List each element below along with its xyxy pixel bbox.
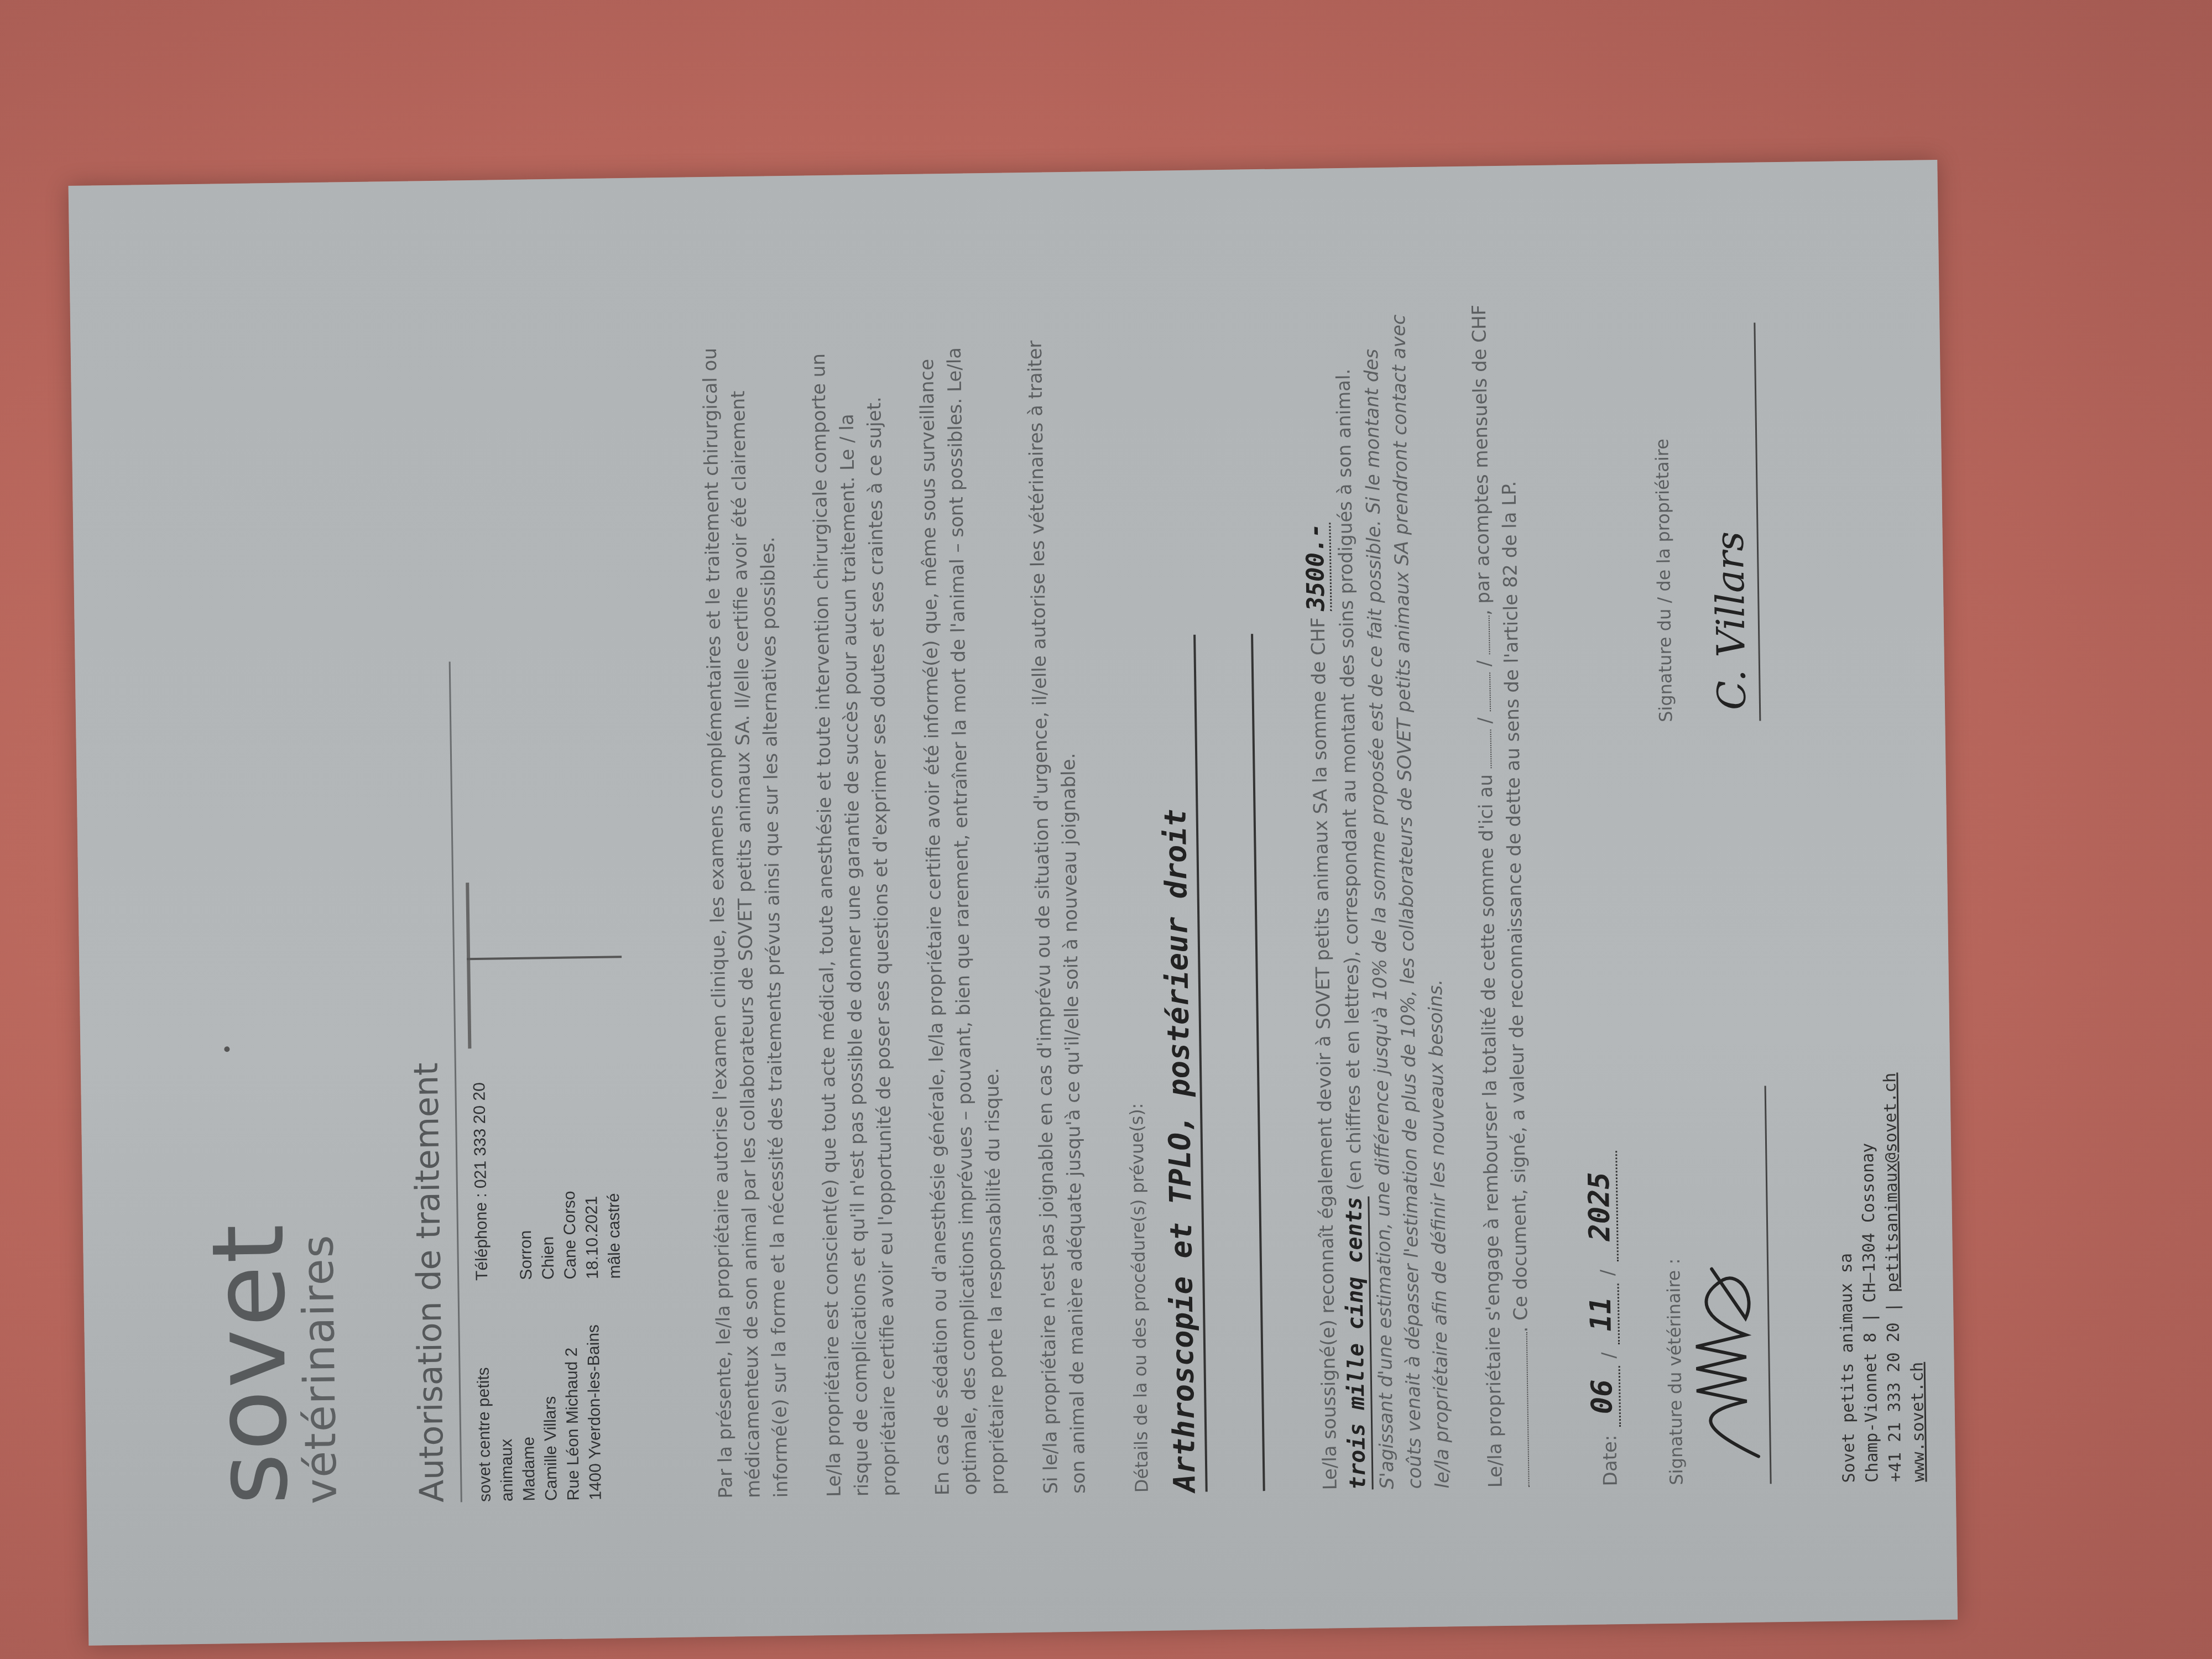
document-title: Autorisation de traitement: [396, 286, 452, 1503]
date-row: Date: 06 / 11 / 2025: [1570, 269, 1622, 1486]
amount-words-field[interactable]: trois mille cinq cents: [1340, 1197, 1373, 1490]
title-rule: [449, 662, 462, 1503]
consent-paragraph-2: Le/la propriétaire est conscient(e) que …: [804, 307, 904, 1497]
owner-signature-field[interactable]: C. Villars: [1671, 323, 1761, 722]
animal-sex: mâle castré: [601, 1057, 627, 1279]
repayment-day-field[interactable]: [1490, 729, 1492, 768]
cost-paragraph: Le/la soussigné(e) reconnaît également d…: [1298, 299, 1457, 1490]
date-month-field[interactable]: 11: [1584, 1284, 1620, 1345]
header-info: sovet centre petits animaux Madame Camil…: [457, 283, 629, 1502]
repayment-text-2: par acomptes mensuels de CHF: [1468, 304, 1495, 603]
cost-estimate-note: S'agissant d'une estimation, une différe…: [1360, 314, 1454, 1489]
clinic-name-line-2: animaux: [493, 1280, 519, 1502]
animal-block: Téléphone : 021 333 20 20 Sorron Chien C…: [468, 1057, 627, 1281]
owner-city: 1400 Yverdon-les-Bains: [582, 1279, 607, 1501]
repayment-paragraph: Le/la propriétaire s'engage à rembourser…: [1465, 298, 1537, 1488]
consent-paragraph-4: Si le/la propriétaire n'est pas joignabl…: [1021, 305, 1093, 1494]
cost-text-before: Le/la soussigné(e) reconnaît également d…: [1307, 617, 1342, 1490]
procedure-field-extra-line[interactable]: [1196, 634, 1265, 1491]
date-year-field[interactable]: 2025: [1582, 1151, 1619, 1262]
clinic-phone: Téléphone : 021 333 20 20: [468, 1060, 494, 1281]
animal-breed: Cane Corso: [557, 1058, 582, 1280]
owner-salutation: Madame: [515, 1280, 541, 1501]
repayment-text-3: Ce document, signé, a valeur de reconnai…: [1498, 481, 1532, 1321]
vet-signature-block: Signature du vétérinaire :: [1661, 1086, 1772, 1485]
repayment-month-field[interactable]: [1489, 672, 1491, 711]
cost-text-mid: (en chiffres et en lettres), corresponda…: [1332, 368, 1366, 1191]
animal-name: Sorron: [513, 1058, 538, 1280]
date-label: Date:: [1599, 1434, 1621, 1486]
owner-signature-block: Signature du / de la propriétaire C. Vil…: [1650, 323, 1761, 723]
owner-street: Rue Léon Michaud 2: [560, 1279, 585, 1501]
footer-phone: +41 21 333 20 20: [1884, 1322, 1906, 1482]
monthly-amount-field[interactable]: [1526, 1332, 1530, 1487]
consent-paragraph-3: En cas de sédation ou d'anesthésie génér…: [912, 306, 1012, 1496]
logo: sovet vétérinaires: [186, 288, 347, 1506]
footer: Sovet petits animaux sa Champ-Vionnet 8 …: [1821, 265, 1931, 1483]
procedure-value: Arthroscopie et TPLO, postérieur droit: [1157, 808, 1202, 1492]
owner-signature: C. Villars: [1707, 531, 1755, 710]
consent-paragraph-1: Par la présente, le/la propriétaire auto…: [696, 309, 795, 1499]
redaction-bar-horizontal: [466, 883, 471, 1048]
redaction-marks: [457, 283, 623, 1060]
repayment-text-1: Le/la propriétaire s'engage à rembourser…: [1475, 774, 1507, 1488]
date-day-field[interactable]: 06: [1585, 1366, 1621, 1427]
repayment-year-field[interactable]: [1489, 615, 1490, 654]
footer-website-link[interactable]: www.sovet.ch: [1908, 1362, 1929, 1482]
owner-block: sovet centre petits animaux Madame Camil…: [471, 1279, 629, 1502]
vet-signature-field[interactable]: [1682, 1086, 1772, 1485]
clinic-name-line-1: sovet centre petits: [471, 1281, 497, 1503]
owner-name: Camille Villars: [538, 1280, 563, 1501]
document-page: sovet vétérinaires Autorisation de trait…: [69, 160, 1958, 1646]
animal-species: Chien: [535, 1058, 560, 1280]
amount-figures-field[interactable]: 3500.-: [1301, 523, 1332, 612]
footer-email-link[interactable]: petitsanimaux@sovet.ch: [1880, 1072, 1903, 1292]
vet-signature-scribble-icon: [1678, 1262, 1775, 1463]
redaction-bar-vertical: [467, 956, 622, 960]
signature-row: Signature du vétérinaire : Signature du …: [1650, 323, 1771, 1485]
animal-birth-date: 18.10.2021: [579, 1058, 604, 1280]
